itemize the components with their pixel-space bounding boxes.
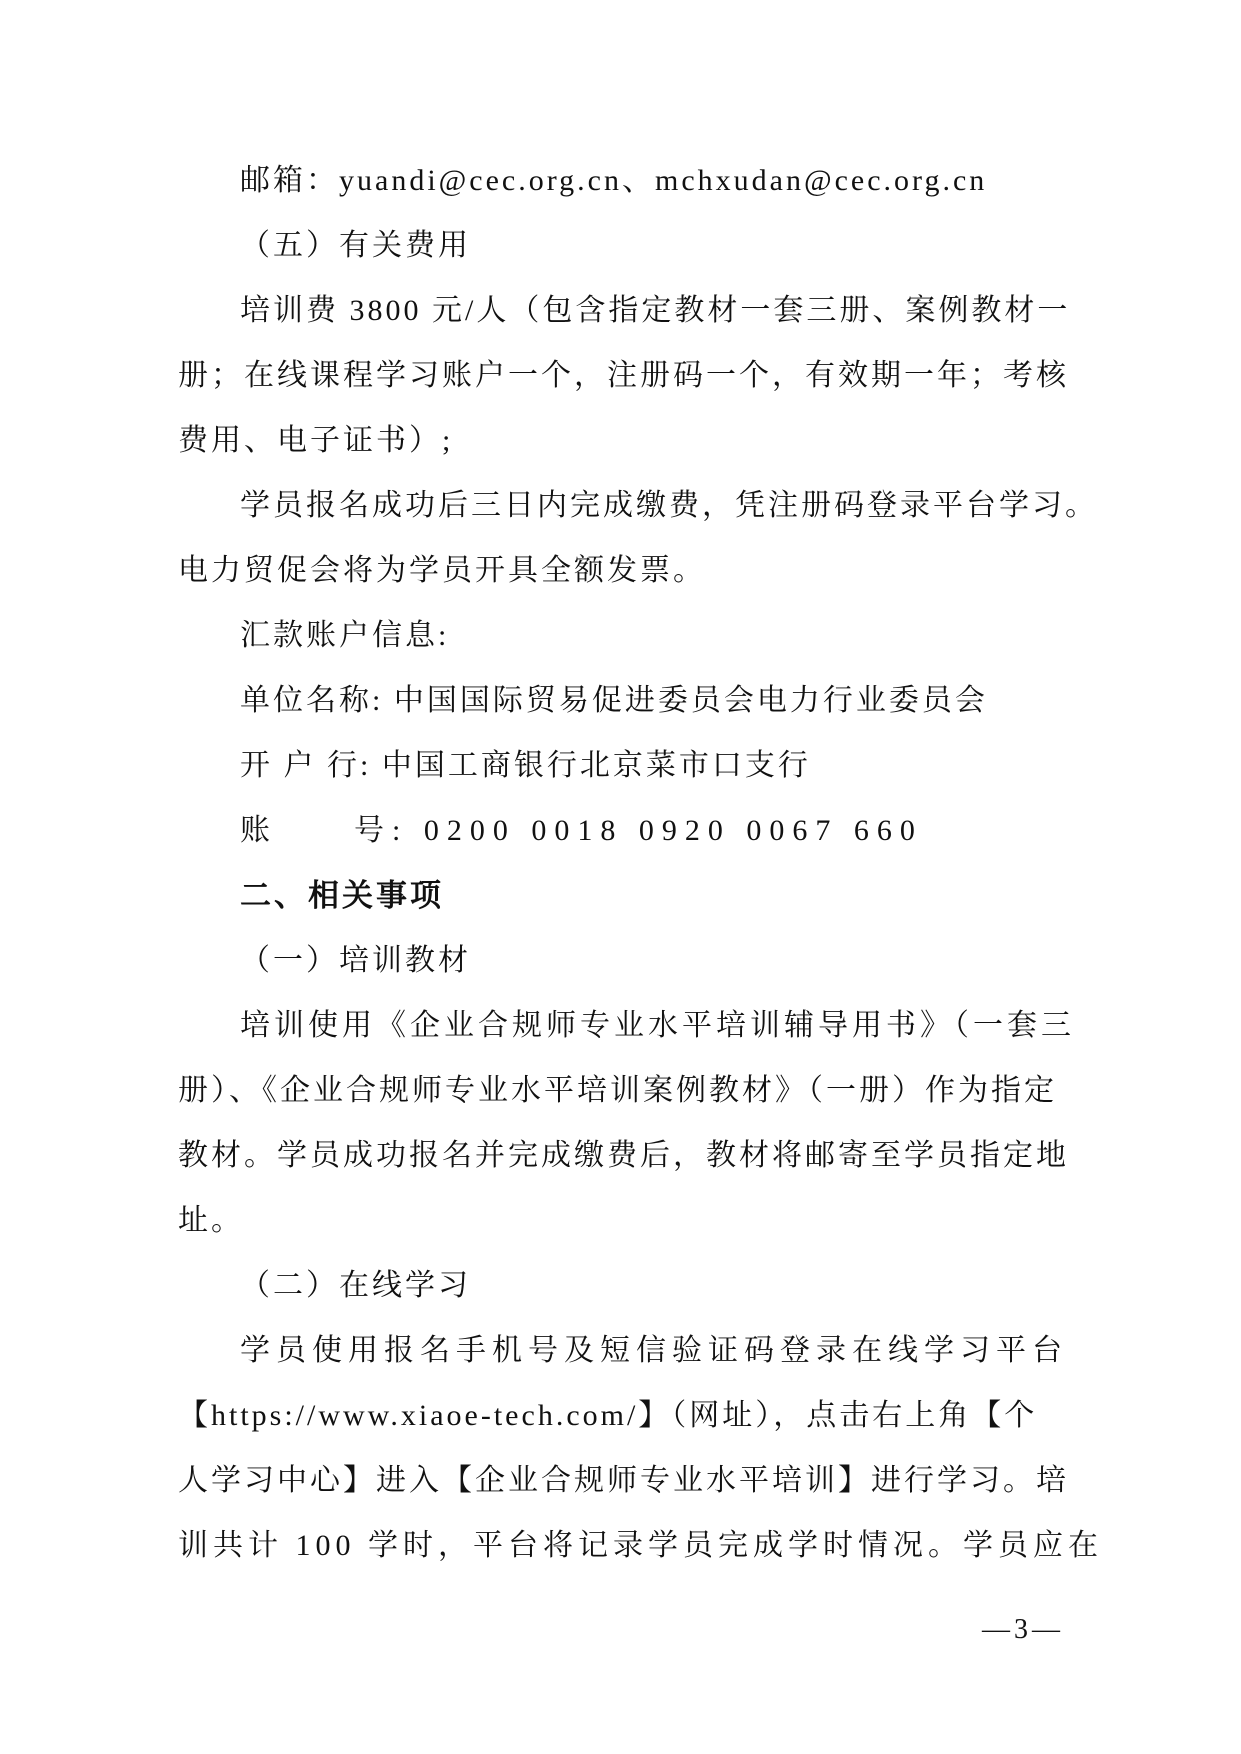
document-page: 邮箱：yuandi@cec.org.cn、mchxudan@cec.org.cn… xyxy=(0,0,1241,1754)
text-line: 账 号: 0200 0018 0920 0067 660 xyxy=(178,798,1068,863)
text-line: 学员使用报名手机号及短信验证码登录在线学习平台 xyxy=(178,1318,1068,1383)
text-line: 单位名称: 中国国际贸易促进委员会电力行业委员会 xyxy=(178,668,1068,733)
text-line: 册）、《企业合规师专业水平培训案例教材》（一册）作为指定 xyxy=(178,1058,1068,1123)
sub-heading: （五）有关费用 xyxy=(178,213,1068,278)
text-line: 汇款账户信息: xyxy=(178,603,1068,668)
text-line: 【https://www.xiaoe-tech.com/】（网址），点击右上角【… xyxy=(178,1383,1068,1448)
text-line: 费用、电子证书）; xyxy=(178,408,1068,473)
text-line: 开 户 行: 中国工商银行北京菜市口支行 xyxy=(178,733,1068,798)
text-line: 学员报名成功后三日内完成缴费，凭注册码登录平台学习。 xyxy=(178,473,1068,538)
sub-heading: （一）培训教材 xyxy=(178,928,1068,993)
text-line: 训共计 100 学时，平台将记录学员完成学时情况。学员应在 xyxy=(178,1513,1068,1578)
text-line: 培训费 3800 元/人（包含指定教材一套三册、案例教材一 xyxy=(178,278,1068,343)
page-number: —3— xyxy=(982,1606,1064,1654)
text-line: 人学习中心】进入【企业合规师专业水平培训】进行学习。培 xyxy=(178,1448,1068,1513)
text-line: 电力贸促会将为学员开具全额发票。 xyxy=(178,538,1068,603)
text-line: 册；在线课程学习账户一个，注册码一个，有效期一年；考核 xyxy=(178,343,1068,408)
text-line: 邮箱：yuandi@cec.org.cn、mchxudan@cec.org.cn xyxy=(178,148,1068,213)
text-line: 教材。学员成功报名并完成缴费后，教材将邮寄至学员指定地 xyxy=(178,1123,1068,1188)
section-heading: 二、相关事项 xyxy=(178,863,1068,928)
text-line: 址。 xyxy=(178,1188,1068,1253)
document-body: 邮箱：yuandi@cec.org.cn、mchxudan@cec.org.cn… xyxy=(178,148,1068,1578)
text-line: 培训使用《企业合规师专业水平培训辅导用书》（一套三 xyxy=(178,993,1068,1058)
sub-heading: （二）在线学习 xyxy=(178,1253,1068,1318)
